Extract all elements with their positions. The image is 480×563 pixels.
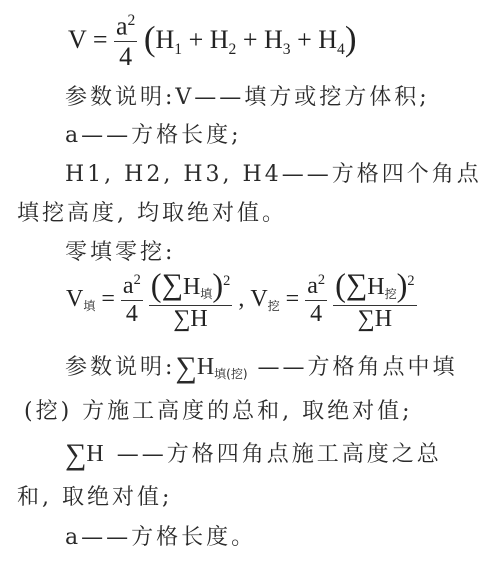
- param3-desc: ——方格四角点施工高度之总: [117, 442, 442, 467]
- fraction-a2-over-4: a2 4: [121, 273, 143, 328]
- param3-line1: ∑H ——方格四角点施工高度之总: [65, 437, 442, 472]
- sigma-symbol: ∑: [175, 351, 196, 384]
- denominator: 4: [114, 42, 137, 72]
- param2-line1: 参数说明:∑H填(挖) ——方格角点中填: [65, 350, 458, 385]
- plus: +: [243, 25, 258, 54]
- param2-line2: (挖) 方施工高度的总和, 取绝对值;: [24, 394, 413, 425]
- param-h-line2: 填挖高度, 均取绝对值。: [17, 196, 287, 227]
- param4-line: a——方格长度。: [65, 520, 256, 551]
- numerator-a: a: [116, 12, 128, 41]
- plus: +: [189, 25, 204, 54]
- h-symbol: H: [197, 354, 214, 380]
- v-fill: V填: [66, 286, 95, 312]
- param2-desc: ——方格角点中填: [258, 355, 458, 380]
- sigma-symbol: ∑: [65, 438, 86, 471]
- term-h1: H1: [156, 25, 183, 54]
- open-paren: (: [144, 19, 156, 58]
- comma: ,: [238, 286, 244, 312]
- param-a-line: a——方格长度;: [65, 118, 242, 149]
- fraction-sum-fill-squared-over-sum-h: (∑H填)2 ∑H: [149, 268, 233, 333]
- zero-fill-heading: 零填零挖:: [65, 235, 175, 266]
- fraction-sum-cut-squared-over-sum-h: (∑H挖)2 ∑H: [333, 268, 417, 333]
- param-intro: 参数说明:: [65, 85, 175, 110]
- term-h2: H2: [210, 25, 237, 54]
- param-v: V——填方或挖方体积;: [175, 85, 429, 110]
- close-paren: ): [345, 19, 357, 58]
- h-subscript: 填(挖): [214, 367, 247, 381]
- v-cut: V挖: [250, 286, 279, 312]
- h-symbol: H: [86, 441, 106, 467]
- equals: =: [286, 286, 300, 312]
- formula-lhs: V: [68, 25, 86, 54]
- exponent: 2: [128, 12, 136, 29]
- fraction-a2-over-4: a2 4: [114, 12, 137, 72]
- formula-equals: =: [93, 25, 108, 54]
- zero-fill-cut-formula: V填 = a2 4 (∑H填)2 ∑H , V挖 = a2 4 (∑H挖)2 ∑…: [66, 268, 417, 333]
- param3-line2: 和, 取绝对值;: [17, 480, 172, 511]
- param-v-line: 参数说明:V——填方或挖方体积;: [65, 80, 430, 111]
- term-h3: H3: [264, 25, 291, 54]
- param-h-line1: H1, H2, H3, H4——方格四个角点的: [65, 157, 480, 188]
- equals: =: [101, 286, 115, 312]
- volume-formula: V = a2 4 (H1 + H2 + H3 + H4): [68, 12, 357, 72]
- param-intro: 参数说明:: [65, 355, 175, 380]
- document-page: V = a2 4 (H1 + H2 + H3 + H4) 参数说明:V——填方或…: [0, 0, 480, 563]
- fraction-a2-over-4: a2 4: [305, 273, 327, 328]
- term-h4: H4: [318, 25, 345, 54]
- plus: +: [297, 25, 312, 54]
